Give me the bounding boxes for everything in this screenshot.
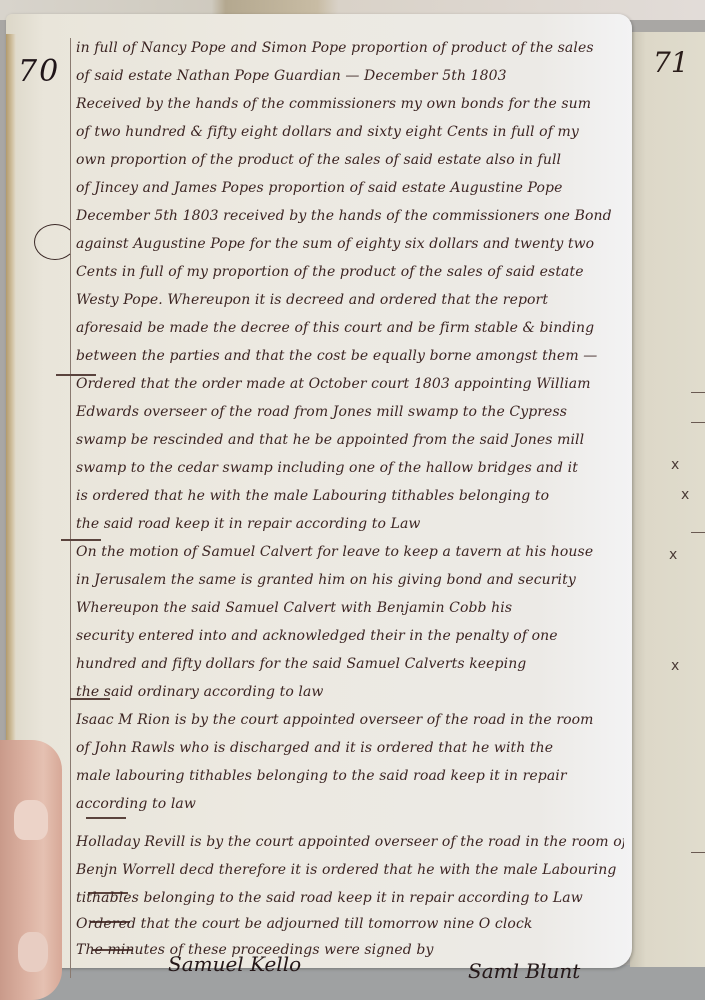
text-line: is ordered that he with the male Labouri… [76,486,624,506]
text-line: in Jerusalem the same is granted him on … [76,570,624,590]
margin-flourish [34,224,76,260]
text-line: male labouring tithables belonging to th… [76,766,624,786]
signature-right: Saml Blunt [468,959,580,983]
margin-mark: x [671,658,679,674]
text-line: of John Rawls who is discharged and it i… [76,738,624,758]
margin-rule [691,422,705,423]
margin-mark: x [669,547,677,563]
text-line: swamp to the cedar swamp including one o… [76,458,624,478]
margin-mark: x [681,487,689,503]
margin-line [70,38,71,978]
left-page: 70 in full of Nancy Pope and Simon Pope … [6,14,632,968]
thumbnail [14,800,48,840]
right-page-number: 71 [653,46,689,79]
signature-left: Samuel Kello [168,952,301,976]
text-line: The minutes of these proceedings were si… [76,940,624,960]
text-line: the said ordinary according to law [76,682,624,702]
text-line: On the motion of Samuel Calvert for leav… [76,542,624,562]
text-line: tithables belonging to the said road kee… [76,888,624,908]
right-page: 71 x x x x [630,32,705,967]
text-line: Holladay Revill is by the court appointe… [76,832,624,852]
text-line: Ordered that the court be adjourned till… [76,914,624,934]
text-line: Cents in full of my proportion of the pr… [76,262,624,282]
text-line: December 5th 1803 received by the hands … [76,206,624,226]
text-line: Isaac M Rion is by the court appointed o… [76,710,624,730]
text-line: Edwards overseer of the road from Jones … [76,402,624,422]
text-line: swamp be rescinded and that he be appoin… [76,430,624,450]
text-line: Received by the hands of the commissione… [76,94,624,114]
background-table [0,965,705,1000]
text-line: security entered into and acknowledged t… [76,626,624,646]
text-line: aforesaid be made the decree of this cou… [76,318,624,338]
margin-rule [691,392,705,393]
text-line: hundred and fifty dollars for the said S… [76,654,624,674]
text-line: according to law [76,794,624,814]
text-line: of Jincey and James Popes proportion of … [76,178,624,198]
margin-rule [691,852,705,853]
left-page-number: 70 [18,54,60,89]
text-line: Ordered that the order made at October c… [76,374,624,394]
text-line: the said road keep it in repair accordin… [76,514,624,534]
text-line: Whereupon the said Samuel Calvert with B… [76,598,624,618]
text-line: of two hundred & fifty eight dollars and… [76,122,624,142]
text-line: between the parties and that the cost be… [76,346,624,366]
thumbnail [18,932,48,972]
text-line: of said estate Nathan Pope Guardian — De… [76,66,624,86]
handwritten-text: in full of Nancy Pope and Simon Pope pro… [76,66,624,960]
margin-mark: x [671,457,679,473]
text-line: Westy Pope. Whereupon it is decreed and … [76,290,624,310]
text-line: in full of Nancy Pope and Simon Pope pro… [76,38,624,58]
text-line: Benjn Worrell decd therefore it is order… [76,860,624,880]
text-line: own proportion of the product of the sal… [76,150,624,170]
margin-rule [691,532,705,533]
text-line: against Augustine Pope for the sum of ei… [76,234,624,254]
